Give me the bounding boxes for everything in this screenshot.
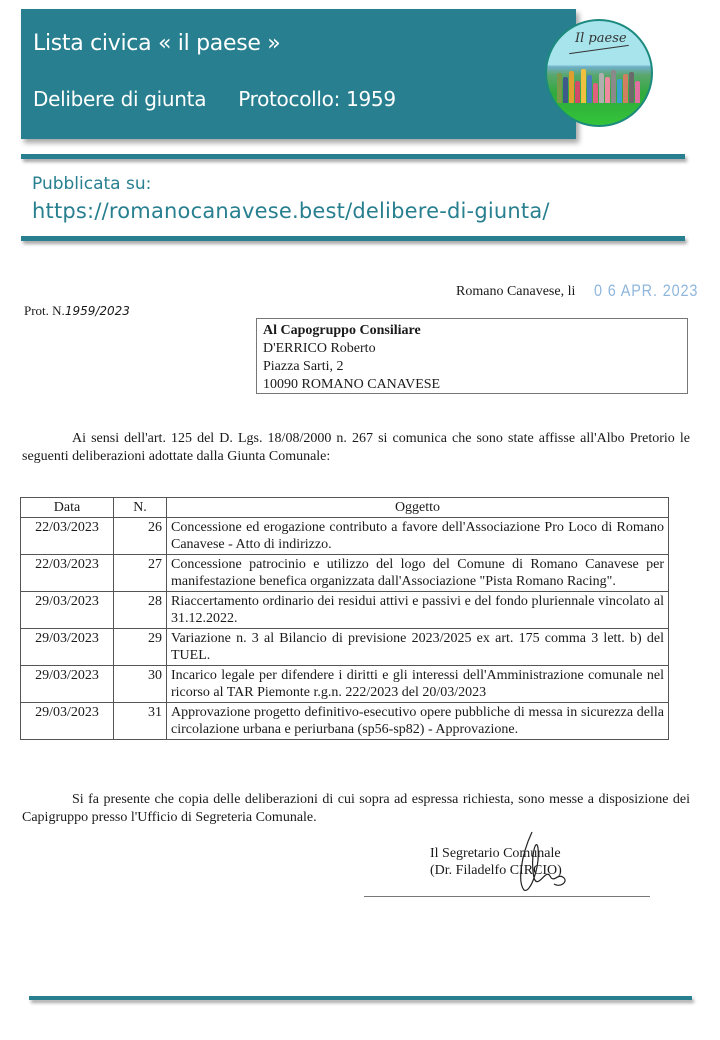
cell-date: 29/03/2023 bbox=[21, 703, 114, 740]
cell-number: 26 bbox=[114, 518, 167, 555]
cell-subject: Concessione ed erogazione contributo a f… bbox=[167, 518, 669, 555]
logo-underline bbox=[569, 45, 629, 54]
col-header-data: Data bbox=[21, 498, 114, 518]
recipient-title: Al Capogruppo Consiliare bbox=[263, 322, 681, 340]
deliberations-table: Data N. Oggetto 22/03/202326Concessione … bbox=[20, 497, 669, 740]
cell-number: 29 bbox=[114, 629, 167, 666]
table-row: 29/03/202328Riaccertamento ordinario dei… bbox=[21, 592, 669, 629]
table-row: 29/03/202331Approvazione progetto defini… bbox=[21, 703, 669, 740]
cell-subject: Approvazione progetto definitivo-esecuti… bbox=[167, 703, 669, 740]
section-name: Delibere di giunta bbox=[33, 87, 206, 111]
place-date: Romano Canavese, li bbox=[456, 284, 575, 300]
date-stamp: 0 6 APR. 2023 bbox=[594, 281, 698, 301]
page-title: Lista civica « il paese » bbox=[33, 31, 280, 56]
recipient-street: Piazza Sarti, 2 bbox=[263, 358, 681, 376]
closing-paragraph: Si fa presente che copia delle deliberaz… bbox=[22, 791, 690, 827]
divider-bottom bbox=[29, 996, 692, 1000]
logo-text: Il paese bbox=[575, 31, 627, 46]
handwritten-signature-icon bbox=[510, 828, 570, 898]
col-header-n: N. bbox=[114, 498, 167, 518]
cell-subject: Incarico legale per difendere i diritti … bbox=[167, 666, 669, 703]
cell-number: 27 bbox=[114, 555, 167, 592]
table-row: 29/03/202329Variazione n. 3 al Bilancio … bbox=[21, 629, 669, 666]
table-row: 29/03/202330Incarico legale per difender… bbox=[21, 666, 669, 703]
prot-number-handwritten: 1959/2023 bbox=[65, 304, 130, 318]
cell-number: 28 bbox=[114, 592, 167, 629]
protocol-number: Protocollo: 1959 bbox=[238, 87, 396, 111]
cell-number: 30 bbox=[114, 666, 167, 703]
protocol-reference: Prot. N.1959/2023 bbox=[24, 303, 130, 319]
col-header-oggetto: Oggetto bbox=[167, 498, 669, 518]
table-row: 22/03/202327Concessione patrocinio e uti… bbox=[21, 555, 669, 592]
table-header-row: Data N. Oggetto bbox=[21, 498, 669, 518]
cell-date: 29/03/2023 bbox=[21, 592, 114, 629]
cell-subject: Riaccertamento ordinario dei residui att… bbox=[167, 592, 669, 629]
intro-paragraph: Ai sensi dell'art. 125 del D. Lgs. 18/08… bbox=[22, 430, 690, 466]
cell-date: 29/03/2023 bbox=[21, 666, 114, 703]
recipient-box: Al Capogruppo Consiliare D'ERRICO Robert… bbox=[256, 318, 688, 394]
published-label: Pubblicata su: bbox=[32, 174, 151, 194]
prot-label: Prot. N. bbox=[24, 303, 65, 318]
table-row: 22/03/202326Concessione ed erogazione co… bbox=[21, 518, 669, 555]
cell-number: 31 bbox=[114, 703, 167, 740]
cell-date: 29/03/2023 bbox=[21, 629, 114, 666]
cell-date: 22/03/2023 bbox=[21, 555, 114, 592]
divider-top bbox=[21, 154, 685, 159]
recipient-name: D'ERRICO Roberto bbox=[263, 340, 681, 358]
people-illustration-icon bbox=[557, 67, 641, 103]
divider-middle bbox=[21, 236, 685, 241]
cell-subject: Variazione n. 3 al Bilancio di prevision… bbox=[167, 629, 669, 666]
signature-line bbox=[364, 896, 650, 897]
published-url-link[interactable]: https://romanocanavese.best/delibere-di-… bbox=[32, 199, 550, 223]
header-banner: Lista civica « il paese » Delibere di gi… bbox=[21, 9, 576, 139]
header-subtitle: Delibere di giuntaProtocollo: 1959 bbox=[33, 87, 396, 111]
cell-date: 22/03/2023 bbox=[21, 518, 114, 555]
cell-subject: Concessione patrocinio e utilizzo del lo… bbox=[167, 555, 669, 592]
recipient-city: 10090 ROMANO CANAVESE bbox=[263, 376, 681, 394]
il-paese-logo: Il paese bbox=[545, 19, 653, 127]
